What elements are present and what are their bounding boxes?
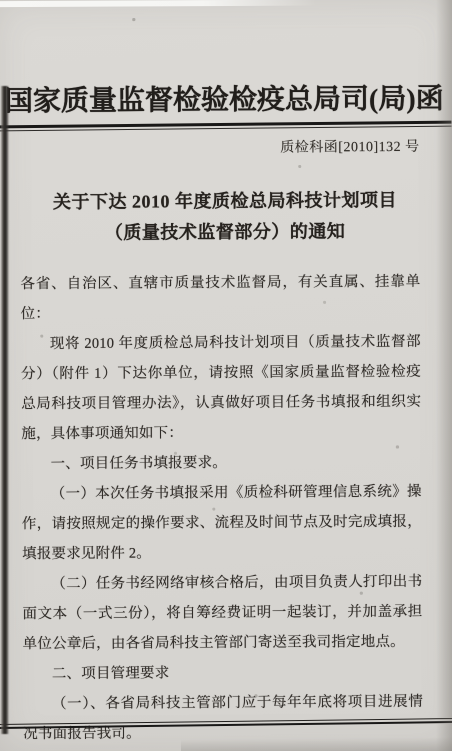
salutation: 各省、自治区、直辖市质量技术监督局，有关直属、挂靠单位： — [20, 267, 420, 329]
notice-title: 关于下达 2010 年度质检总局科技计划项目 （质量技术监督部分）的通知 — [13, 185, 437, 250]
paragraph: （二）任务书经网络审核合格后，由项目负责人打印出书面文本（一式三份），将自筹经费… — [22, 567, 423, 659]
header-rule — [0, 121, 452, 132]
document-number: 质检科函[2010]132 号 — [280, 136, 419, 157]
document-body: 各省、自治区、直辖市质量技术监督局，有关直属、挂靠单位： 现将 2010 年度质… — [20, 267, 423, 749]
paper-page: 国家质量监督检验检疫总局司(局)函 质检科函[2010]132 号 关于下达 2… — [0, 0, 452, 751]
right-page-edge-shadow — [436, 0, 452, 751]
letterhead-title: 国家质量监督检验检疫总局司(局)函 — [0, 77, 448, 120]
paragraph: 现将 2010 年度质检总局科技计划项目（质量技术监督部分）（附件 1）下达你单… — [21, 327, 422, 449]
notice-title-line-1: 关于下达 2010 年度质检总局科技计划项目 — [13, 185, 437, 219]
section-heading: 一、项目任务书填报要求。 — [21, 447, 421, 479]
bottom-page-edge-shadow — [181, 737, 452, 751]
paragraph: （一）本次任务书填报采用《质检科研管理信息系统》操作，请按照规定的操作要求、流程… — [22, 477, 423, 569]
notice-title-line-2: （质量技术监督部分）的通知 — [13, 216, 437, 250]
scanned-document: 国家质量监督检验检疫总局司(局)函 质检科函[2010]132 号 关于下达 2… — [0, 0, 452, 751]
left-binding-shadow — [1, 86, 9, 734]
section-heading: 二、项目管理要求 — [23, 657, 423, 689]
